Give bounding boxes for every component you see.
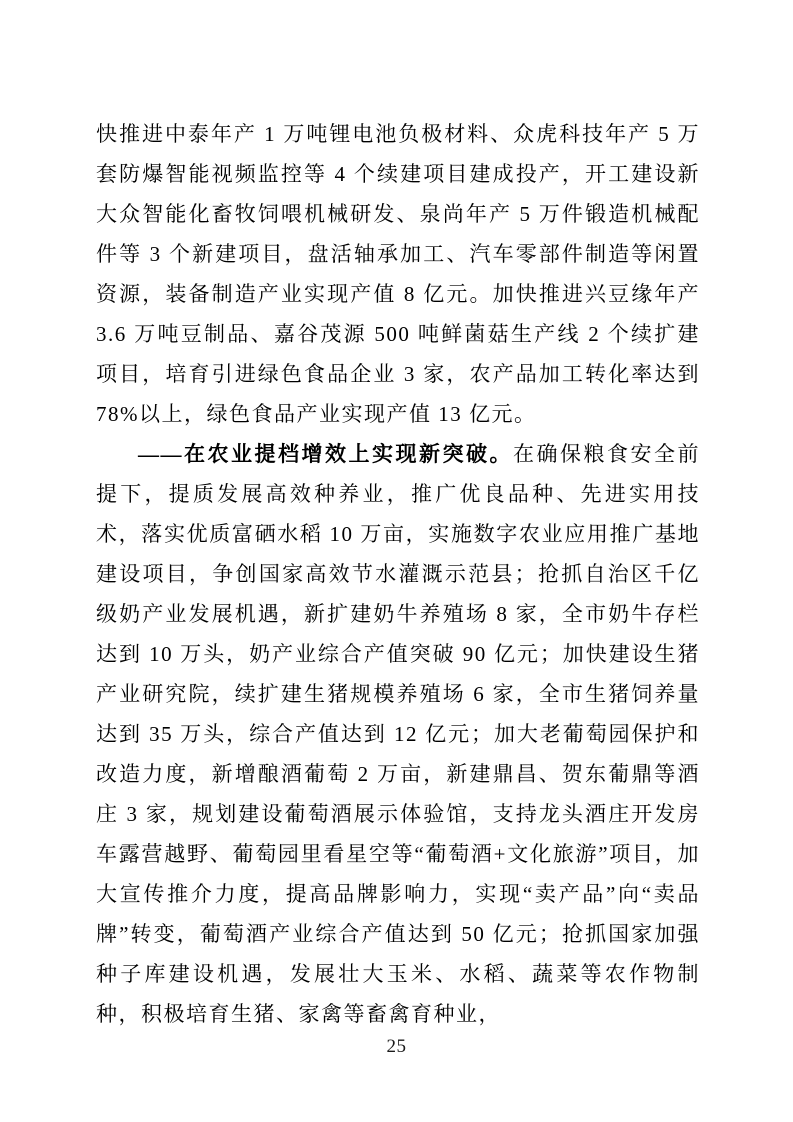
page-number: 25: [387, 1036, 407, 1057]
paragraph-body-text: 在确保粮食安全前提下，提质发展高效种养业，推广优良品种、先进实用技术，落实优质富…: [96, 442, 700, 1026]
paragraph-bold-lead: ——在农业提档增效上实现新突破。: [138, 442, 513, 466]
page-content: 快推进中泰年产 1 万吨锂电池负极材料、众虎科技年产 5 万套防爆智能视频监控等…: [96, 114, 700, 1034]
document-page: 快推进中泰年产 1 万吨锂电池负极材料、众虎科技年产 5 万套防爆智能视频监控等…: [0, 0, 793, 1122]
paragraph-agriculture-breakthrough: ——在农业提档增效上实现新突破。在确保粮食安全前提下，提质发展高效种养业，推广优…: [96, 434, 700, 1034]
paragraph-industry-continuation: 快推进中泰年产 1 万吨锂电池负极材料、众虎科技年产 5 万套防爆智能视频监控等…: [96, 114, 700, 434]
page-footer: 25: [0, 1036, 793, 1058]
